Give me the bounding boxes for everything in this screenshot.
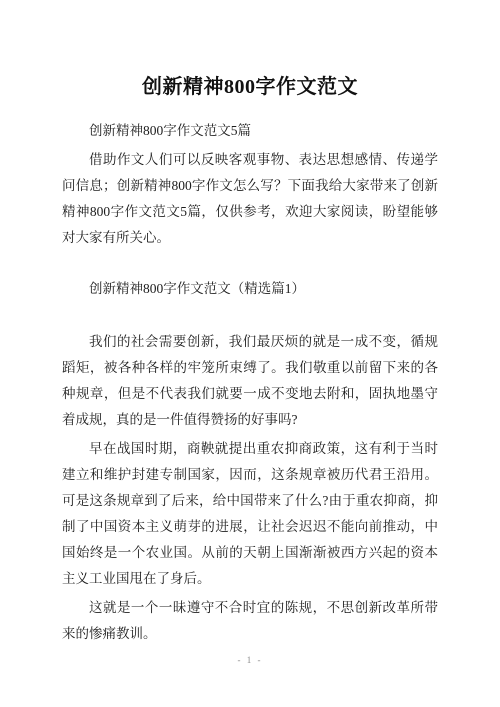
paragraph-body-1: 我们的社会需要创新，我们最厌烦的就是一成不变，循规蹈矩，被各种各样的牢笼所束缚了… <box>62 329 438 433</box>
document-title: 创新精神800字作文范文 <box>62 72 438 102</box>
document-page: 创新精神800字作文范文 创新精神800字作文范文5篇 借助作文人们可以反映客观… <box>0 0 500 707</box>
paragraph-body-3: 这就是一个一昧遵守不合时宜的陈规，不思创新改革所带来的惨痛教训。 <box>62 595 438 647</box>
paragraph-body-2: 早在战国时期，商鞅就提出重农抑商政策，这有利于当时建立和维护封建专制国家，因而，… <box>62 436 438 592</box>
paragraph-subtitle: 创新精神800字作文范文5篇 <box>62 118 438 144</box>
page-number: - 1 - <box>0 650 500 670</box>
paragraph-intro: 借助作文人们可以反映客观事物、表达思想感情、传递学问信息；创新精神800字作文怎… <box>62 147 438 251</box>
section-heading-essay-1: 创新精神800字作文范文（精选篇1） <box>62 276 438 302</box>
